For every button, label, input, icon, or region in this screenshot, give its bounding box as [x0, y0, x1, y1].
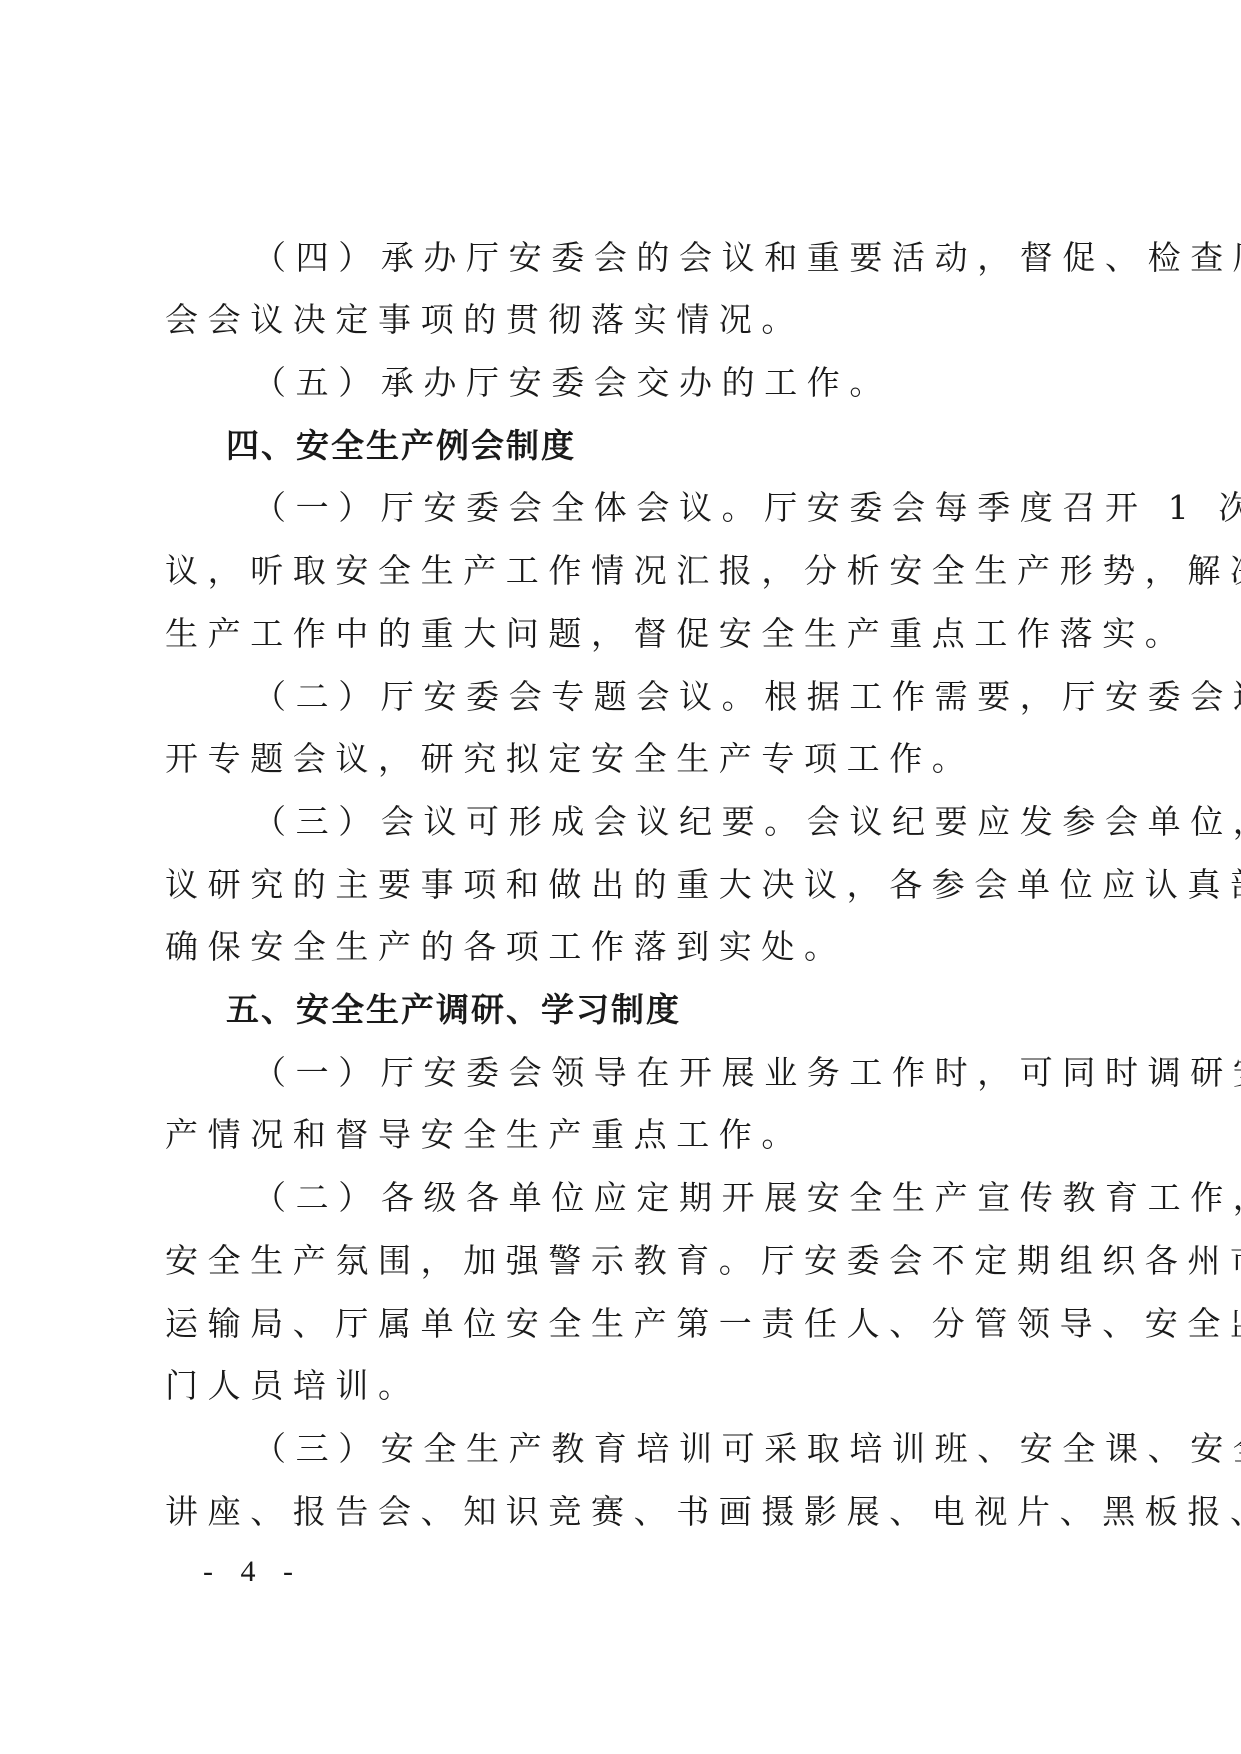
paragraph-line: 生产工作中的重大问题，督促安全生产重点工作落实。 [165, 603, 1090, 666]
paragraph-line: 运输局、厅属单位安全生产第一责任人、分管领导、安全监管部 [165, 1293, 1090, 1356]
paragraph-line: 门人员培训。 [165, 1355, 1090, 1418]
page-number: - 4 - [203, 1555, 303, 1589]
paragraph-line: 安全生产氛围，加强警示教育。厅安委会不定期组织各州市交通 [165, 1230, 1090, 1293]
paragraph-line: （二）各级各单位应定期开展安全生产宣传教育工作，营造 [253, 1167, 1090, 1230]
paragraph-line: （二）厅安委会专题会议。根据工作需要，厅安委会适时召 [253, 666, 1090, 729]
section-heading: 五、安全生产调研、学习制度 [226, 979, 1151, 1042]
paragraph-line: 开专题会议，研究拟定安全生产专项工作。 [165, 728, 1090, 791]
paragraph-line: （一）厅安委会全体会议。厅安委会每季度召开 1 次全体会 [253, 477, 1090, 540]
paragraph-line: （三）安全生产教育培训可采取培训班、安全课、安全知识 [253, 1418, 1090, 1481]
paragraph-line: （一）厅安委会领导在开展业务工作时，可同时调研安全生 [253, 1042, 1090, 1105]
section-heading: 四、安全生产例会制度 [226, 415, 1151, 478]
paragraph-line: 议，听取安全生产工作情况汇报，分析安全生产形势，解决安全 [165, 540, 1090, 603]
paragraph-line: 产情况和督导安全生产重点工作。 [165, 1104, 1090, 1167]
paragraph-line: 会会议决定事项的贯彻落实情况。 [165, 289, 1090, 352]
paragraph-line: （五）承办厅安委会交办的工作。 [253, 352, 1090, 415]
paragraph-line: 讲座、报告会、知识竞赛、书画摄影展、电视片、黑板报、广播、 [165, 1481, 1090, 1544]
paragraph-line: 确保安全生产的各项工作落到实处。 [165, 916, 1090, 979]
paragraph-line: （四）承办厅安委会的会议和重要活动，督促、检查厅安委 [253, 227, 1090, 290]
document-page: （四）承办厅安委会的会议和重要活动，督促、检查厅安委 会会议决定事项的贯彻落实情… [0, 0, 1241, 1754]
paragraph-line: 议研究的主要事项和做出的重大决议，各参会单位应认真部署， [165, 854, 1090, 917]
paragraph-line: （三）会议可形成会议纪要。会议纪要应发参会单位，对会 [253, 791, 1090, 854]
